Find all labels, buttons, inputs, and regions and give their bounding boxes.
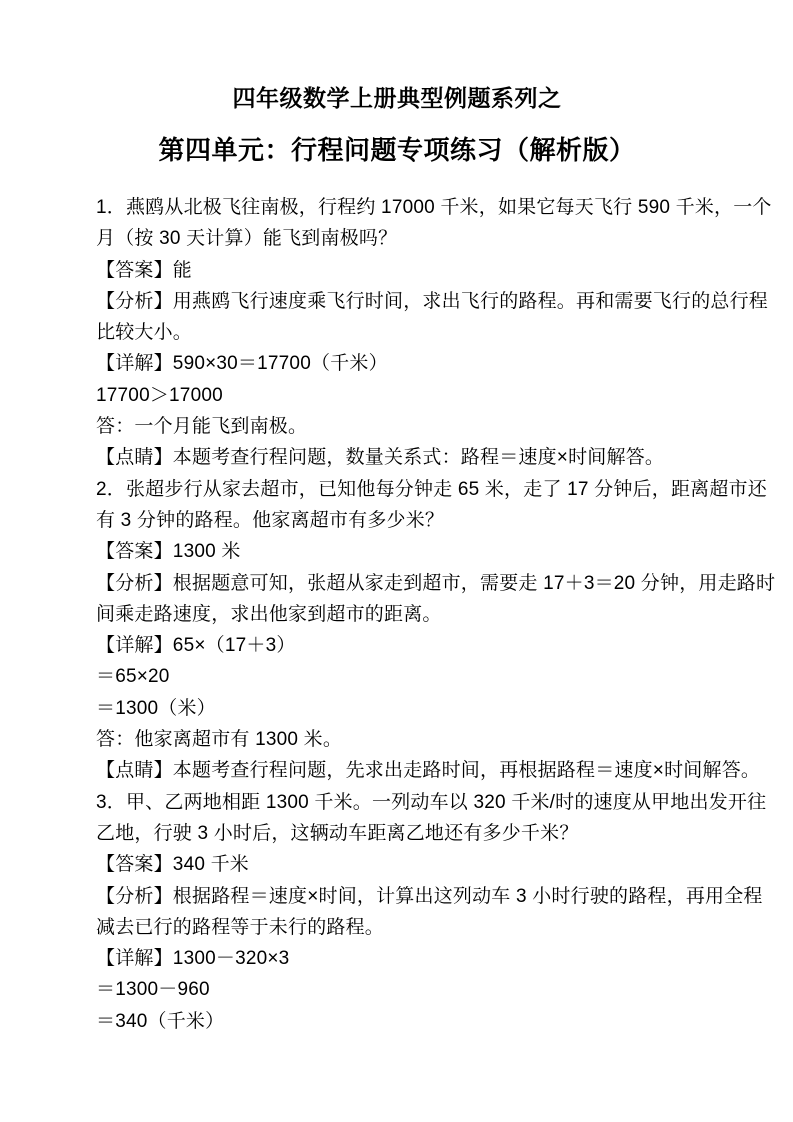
problem-2-answer: 【答案】1300 米 bbox=[96, 536, 698, 567]
problem-2-tip: 【点睛】本题考查行程问题，先求出走路时间，再根据路程＝速度×时间解答。 bbox=[96, 755, 698, 786]
document-title-series: 四年级数学上册典型例题系列之 bbox=[96, 84, 698, 112]
problem-2-solution-step-1: 【详解】65×（17＋3） bbox=[96, 630, 698, 661]
problem-3-solution-step-1: 【详解】1300－320×3 bbox=[96, 943, 698, 974]
problem-2-solution-step-2: ＝65×20 bbox=[96, 661, 698, 692]
problem-1-solution-step-2: 17700＞17000 bbox=[96, 380, 698, 411]
problem-1-tip: 【点睛】本题考查行程问题，数量关系式：路程＝速度×时间解答。 bbox=[96, 442, 698, 473]
problem-3: 3．甲、乙两地相距 1300 千米。一列动车以 320 千米/时的速度从甲地出发… bbox=[96, 787, 698, 1037]
problem-2-analysis-line-2: 间乘走路速度，求出他家到超市的距离。 bbox=[96, 599, 698, 630]
problem-1-question-line-1: 1．燕鸥从北极飞往南极，行程约 17000 千米，如果它每天飞行 590 千米，… bbox=[96, 192, 698, 223]
document-page: 四年级数学上册典型例题系列之 第四单元：行程问题专项练习（解析版） 1．燕鸥从北… bbox=[0, 0, 793, 1122]
document-body: 1．燕鸥从北极飞往南极，行程约 17000 千米，如果它每天飞行 590 千米，… bbox=[96, 192, 698, 1037]
problem-3-solution-step-3: ＝340（千米） bbox=[96, 1006, 698, 1037]
problem-1-solution-step-1: 【详解】590×30＝17700（千米） bbox=[96, 348, 698, 379]
problem-1-analysis-line-1: 【分析】用燕鸥飞行速度乘飞行时间，求出飞行的路程。再和需要飞行的总行程 bbox=[96, 286, 698, 317]
problem-3-solution-step-2: ＝1300－960 bbox=[96, 974, 698, 1005]
problem-1-answer: 【答案】能 bbox=[96, 255, 698, 286]
problem-1: 1．燕鸥从北极飞往南极，行程约 17000 千米，如果它每天飞行 590 千米，… bbox=[96, 192, 698, 474]
problem-1-conclusion: 答：一个月能飞到南极。 bbox=[96, 411, 698, 442]
problem-3-question-line-2: 乙地，行驶 3 小时后，这辆动车距离乙地还有多少千米？ bbox=[96, 818, 698, 849]
problem-1-question-line-2: 月（按 30 天计算）能飞到南极吗？ bbox=[96, 223, 698, 254]
problem-3-answer: 【答案】340 千米 bbox=[96, 849, 698, 880]
problem-3-analysis-line-2: 减去已行的路程等于未行的路程。 bbox=[96, 912, 698, 943]
problem-2-question-line-2: 有 3 分钟的路程。他家离超市有多少米？ bbox=[96, 505, 698, 536]
problem-2: 2．张超步行从家去超市，已知他每分钟走 65 米，走了 17 分钟后，距离超市还… bbox=[96, 474, 698, 787]
problem-2-analysis-line-1: 【分析】根据题意可知，张超从家走到超市，需要走 17＋3＝20 分钟，用走路时 bbox=[96, 568, 698, 599]
problem-3-analysis-line-1: 【分析】根据路程＝速度×时间，计算出这列动车 3 小时行驶的路程，再用全程 bbox=[96, 881, 698, 912]
problem-2-conclusion: 答：他家离超市有 1300 米。 bbox=[96, 724, 698, 755]
problem-1-analysis-line-2: 比较大小。 bbox=[96, 317, 698, 348]
problem-3-question-line-1: 3．甲、乙两地相距 1300 千米。一列动车以 320 千米/时的速度从甲地出发… bbox=[96, 787, 698, 818]
document-title-unit: 第四单元：行程问题专项练习（解析版） bbox=[96, 135, 698, 166]
problem-2-question-line-1: 2．张超步行从家去超市，已知他每分钟走 65 米，走了 17 分钟后，距离超市还 bbox=[96, 474, 698, 505]
problem-2-solution-step-3: ＝1300（米） bbox=[96, 693, 698, 724]
